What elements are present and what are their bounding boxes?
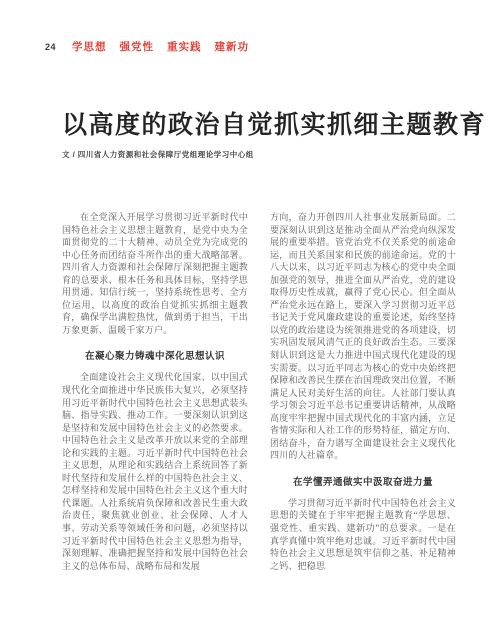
- article-byline: 文 / 四川省人力资源和社会保障厅党组理论学习中心组: [62, 149, 254, 160]
- paragraph-section1: 全面建设社会主义现代化国家、以中国式现代化全面推进中华民族伟大复兴，必须坚持用习…: [62, 371, 248, 572]
- magazine-page: 24 学思想 强党性 重实践 建新功 以高度的政治自觉抓实抓细主题教育 文 / …: [0, 0, 496, 640]
- right-column: 方向，奋力开创四川人社事业发展新局面。二要深刻认识到这是推动全面从严治党向纵深发…: [270, 211, 456, 595]
- paragraph-intro: 在全党深入开展学习贯彻习近平新时代中国特色社会主义思想主题教育，是党中央为全面贯…: [62, 211, 248, 336]
- paragraph-section1-continued: 方向，奋力开创四川人社事业发展新局面。二要深刻认识到这是推动全面从严治党向纵深发…: [270, 211, 456, 462]
- section-heading-2: 在学懂弄通做实中汲取奋进力量: [270, 474, 456, 488]
- paragraph-section2: 学习贯彻习近平新时代中国特色社会主义思想的关键在于牢牢把握主题教育“学思想、强党…: [270, 497, 456, 572]
- section-heading-1: 在凝心聚力铸魂中深化思想认识: [62, 348, 248, 362]
- header-slogan-2: 强党性: [120, 39, 155, 54]
- article-body: 在全党深入开展学习贯彻习近平新时代中国特色社会主义思想主题教育，是党中央为全面贯…: [62, 211, 456, 595]
- page-number: 24: [45, 42, 56, 52]
- article-title: 以高度的政治自觉抓实抓细主题教育: [62, 105, 486, 141]
- header-slogan-1: 学思想: [72, 39, 107, 54]
- page-header: 24 学思想 强党性 重实践 建新功: [45, 39, 262, 54]
- left-column: 在全党深入开展学习贯彻习近平新时代中国特色社会主义思想主题教育，是党中央为全面贯…: [62, 211, 248, 595]
- header-slogan-4: 建新功: [215, 39, 250, 54]
- header-slogan-3: 重实践: [167, 39, 202, 54]
